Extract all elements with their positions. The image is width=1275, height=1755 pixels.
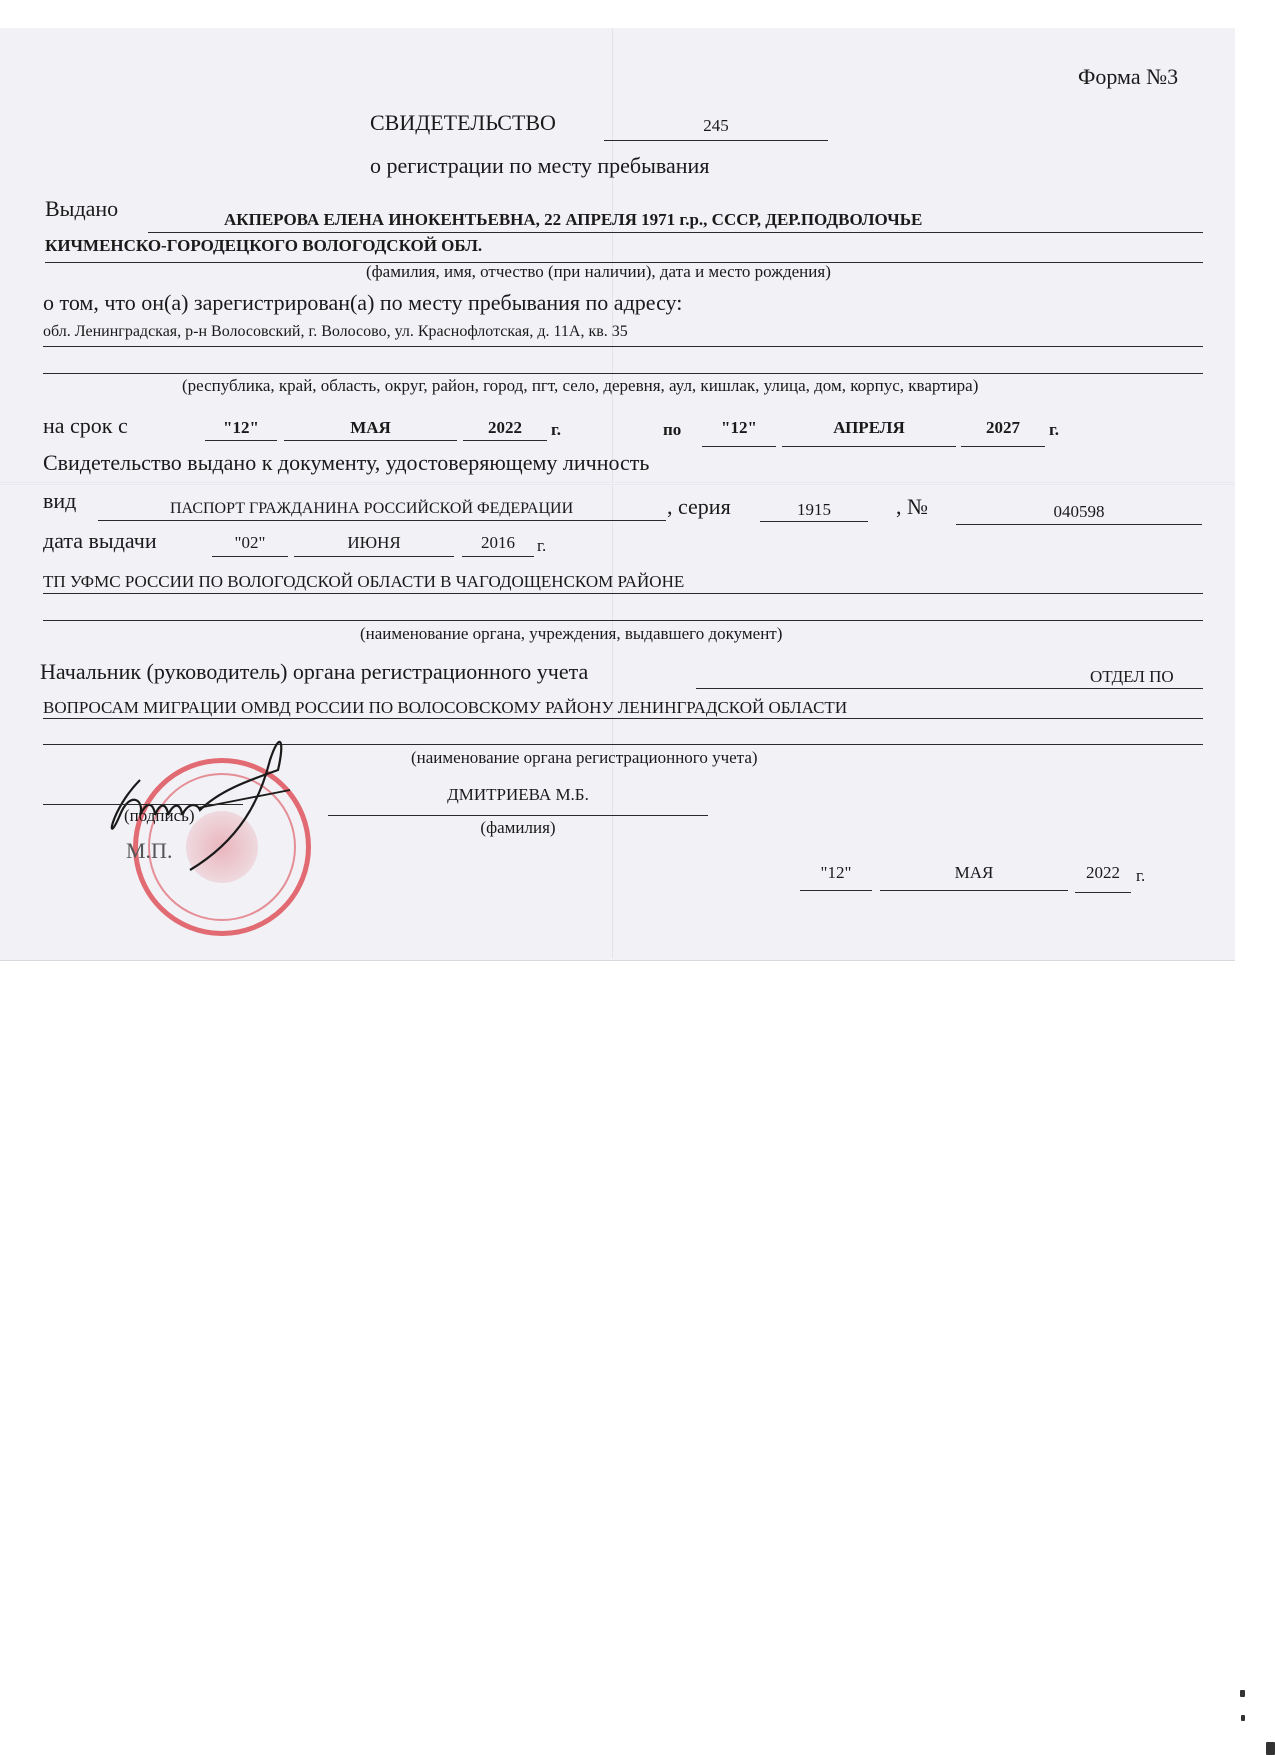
issue-year-rule — [1075, 892, 1131, 893]
stamp-place-label: М.П. — [126, 838, 172, 864]
issue-year: 2022 — [1075, 863, 1131, 883]
term-to-month: АПРЕЛЯ — [782, 418, 956, 438]
issued-to-label: Выдано — [45, 196, 118, 222]
authority-rule-2 — [43, 718, 1203, 719]
id-issuer-rule-1 — [43, 593, 1203, 594]
id-series-rule — [760, 521, 868, 522]
id-issue-day: "02" — [212, 533, 288, 553]
term-to-year-suffix: г. — [1049, 420, 1059, 440]
term-to-year-rule — [961, 446, 1045, 447]
issue-month: МАЯ — [880, 863, 1068, 883]
id-issue-year-suffix: г. — [537, 536, 546, 556]
id-document-label: Свидетельство выдано к документу, удосто… — [43, 450, 649, 476]
term-to-day-rule — [702, 446, 776, 447]
authority-caption: (наименование органа регистрационного уч… — [411, 748, 758, 768]
id-type-label: вид — [43, 488, 76, 514]
term-to-year: 2027 — [961, 418, 1045, 438]
certificate-number-line — [604, 140, 828, 141]
issued-to-line1: АКПЕРОВА ЕЛЕНА ИНОКЕНТЬЕВНА, 22 АПРЕЛЯ 1… — [224, 210, 922, 230]
signature-rule — [43, 804, 243, 805]
id-issue-month-rule — [294, 556, 454, 557]
term-from-day: "12" — [205, 418, 277, 438]
address-rule-2 — [43, 373, 1203, 374]
form-number: Форма №3 — [1078, 64, 1178, 90]
id-issuer: ТП УФМС РОССИИ ПО ВОЛОГОДСКОЙ ОБЛАСТИ В … — [43, 572, 684, 592]
authority-value-part1: ОТДЕЛ ПО — [1090, 667, 1174, 687]
authority-value-part2: ВОПРОСАМ МИГРАЦИИ ОМВД РОССИИ ПО ВОЛОСОВ… — [43, 698, 847, 718]
authority-label: Начальник (руководитель) органа регистра… — [40, 659, 588, 685]
official-surname: ДМИТРИЕВА М.Б. — [328, 785, 708, 805]
term-from-month-rule — [284, 440, 457, 441]
issue-month-rule — [880, 890, 1068, 891]
address-caption: (республика, край, область, округ, район… — [182, 376, 978, 396]
id-issue-month: ИЮНЯ — [294, 533, 454, 553]
id-issue-year: 2016 — [462, 533, 534, 553]
authority-rule-1 — [696, 688, 1203, 689]
certificate-subtitle: о регистрации по месту пребывания — [370, 153, 709, 179]
term-to-day: "12" — [702, 418, 776, 438]
id-issue-year-rule — [462, 556, 534, 557]
surname-caption: (фамилия) — [328, 818, 708, 838]
issued-to-line1-rule — [148, 232, 1203, 233]
term-to-month-rule — [782, 446, 956, 447]
id-number-rule — [956, 524, 1202, 525]
term-to-label: по — [663, 420, 681, 440]
address-value: обл. Ленинградская, р-н Волосовский, г. … — [43, 323, 628, 341]
address-label: о том, что он(а) зарегистрирован(а) по м… — [43, 290, 682, 316]
issue-year-suffix: г. — [1136, 866, 1145, 886]
id-type-value: ПАСПОРТ ГРАЖДАНИНА РОССИЙСКОЙ ФЕДЕРАЦИИ — [170, 500, 573, 518]
id-number-value: 040598 — [956, 502, 1202, 522]
id-number-label: , № — [896, 494, 928, 520]
scan-speck — [1266, 1742, 1275, 1755]
scan-speck — [1241, 1715, 1245, 1721]
issue-day-rule — [800, 890, 872, 891]
term-from-year: 2022 — [463, 418, 547, 438]
term-from-day-rule — [205, 440, 277, 441]
issued-to-line2: КИЧМЕНСКО-ГОРОДЕЦКОГО ВОЛОГОДСКОЙ ОБЛ. — [45, 236, 482, 256]
surname-rule — [328, 815, 708, 816]
id-issue-date-label: дата выдачи — [43, 528, 157, 554]
term-from-month: МАЯ — [284, 418, 457, 438]
id-issue-day-rule — [212, 556, 288, 557]
id-series-label: , серия — [667, 494, 731, 520]
signature-caption: (подпись) — [124, 806, 195, 826]
term-from-year-rule — [463, 440, 547, 441]
certificate-number: 245 — [604, 116, 828, 136]
id-type-rule — [98, 520, 666, 521]
id-issuer-caption: (наименование органа, учреждения, выдавш… — [360, 624, 782, 644]
term-from-year-suffix: г. — [551, 420, 561, 440]
fold-crease-horizontal — [0, 482, 1235, 485]
handwritten-signature-icon — [100, 720, 300, 890]
issued-to-caption: (фамилия, имя, отчество (при наличии), д… — [366, 262, 831, 282]
id-issuer-rule-2 — [43, 620, 1203, 621]
id-series-value: 1915 — [760, 500, 868, 520]
term-from-label: на срок с — [43, 413, 128, 439]
address-rule-1 — [43, 346, 1203, 347]
scan-speck — [1240, 1690, 1245, 1697]
issue-day: "12" — [800, 863, 872, 883]
certificate-title: СВИДЕТЕЛЬСТВО — [370, 110, 556, 136]
